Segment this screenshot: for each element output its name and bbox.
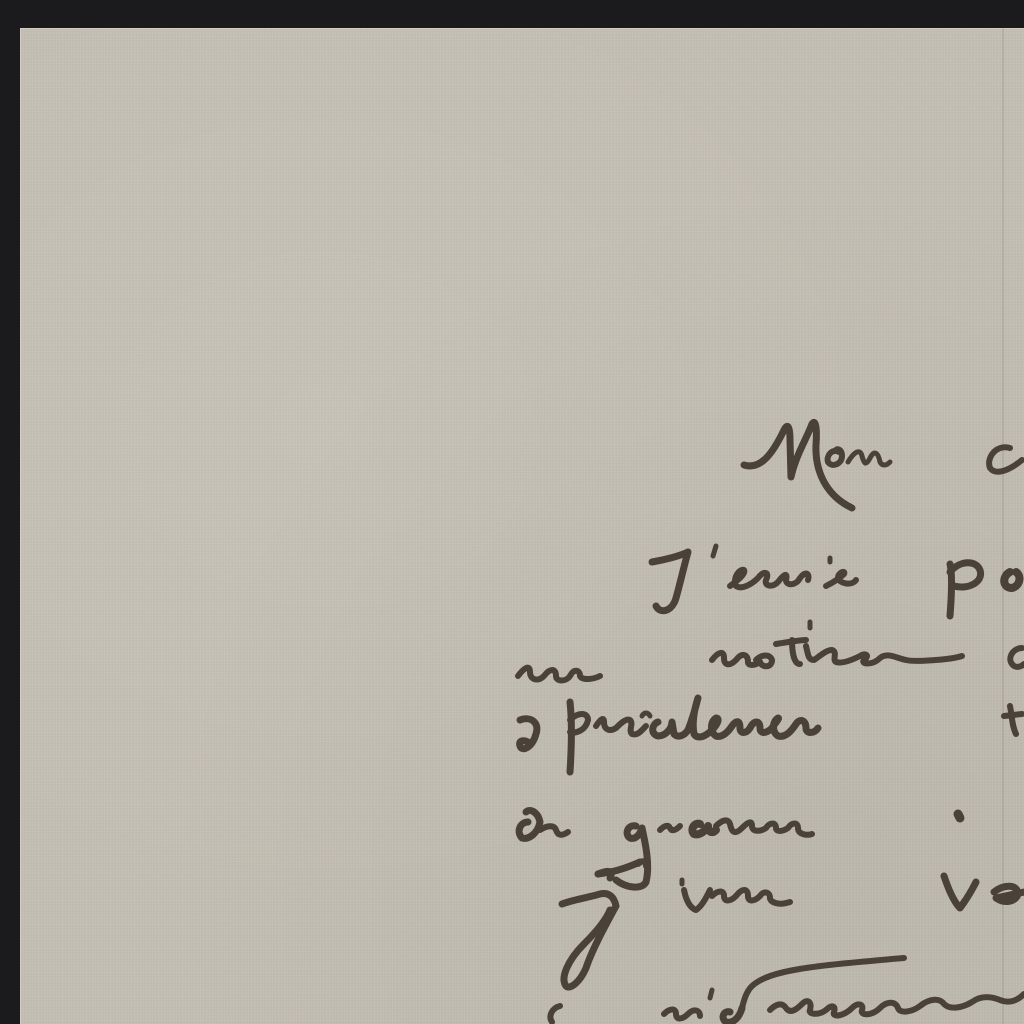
- line-2-ink: [518, 622, 1024, 681]
- line-1-ink: [652, 546, 1019, 616]
- line-4-ink: [519, 810, 960, 887]
- salutation-ink: [744, 422, 1022, 508]
- line-6-ink: [550, 958, 1024, 1022]
- handwriting-ink: [0, 0, 1024, 1024]
- line-3-ink: [520, 698, 1022, 772]
